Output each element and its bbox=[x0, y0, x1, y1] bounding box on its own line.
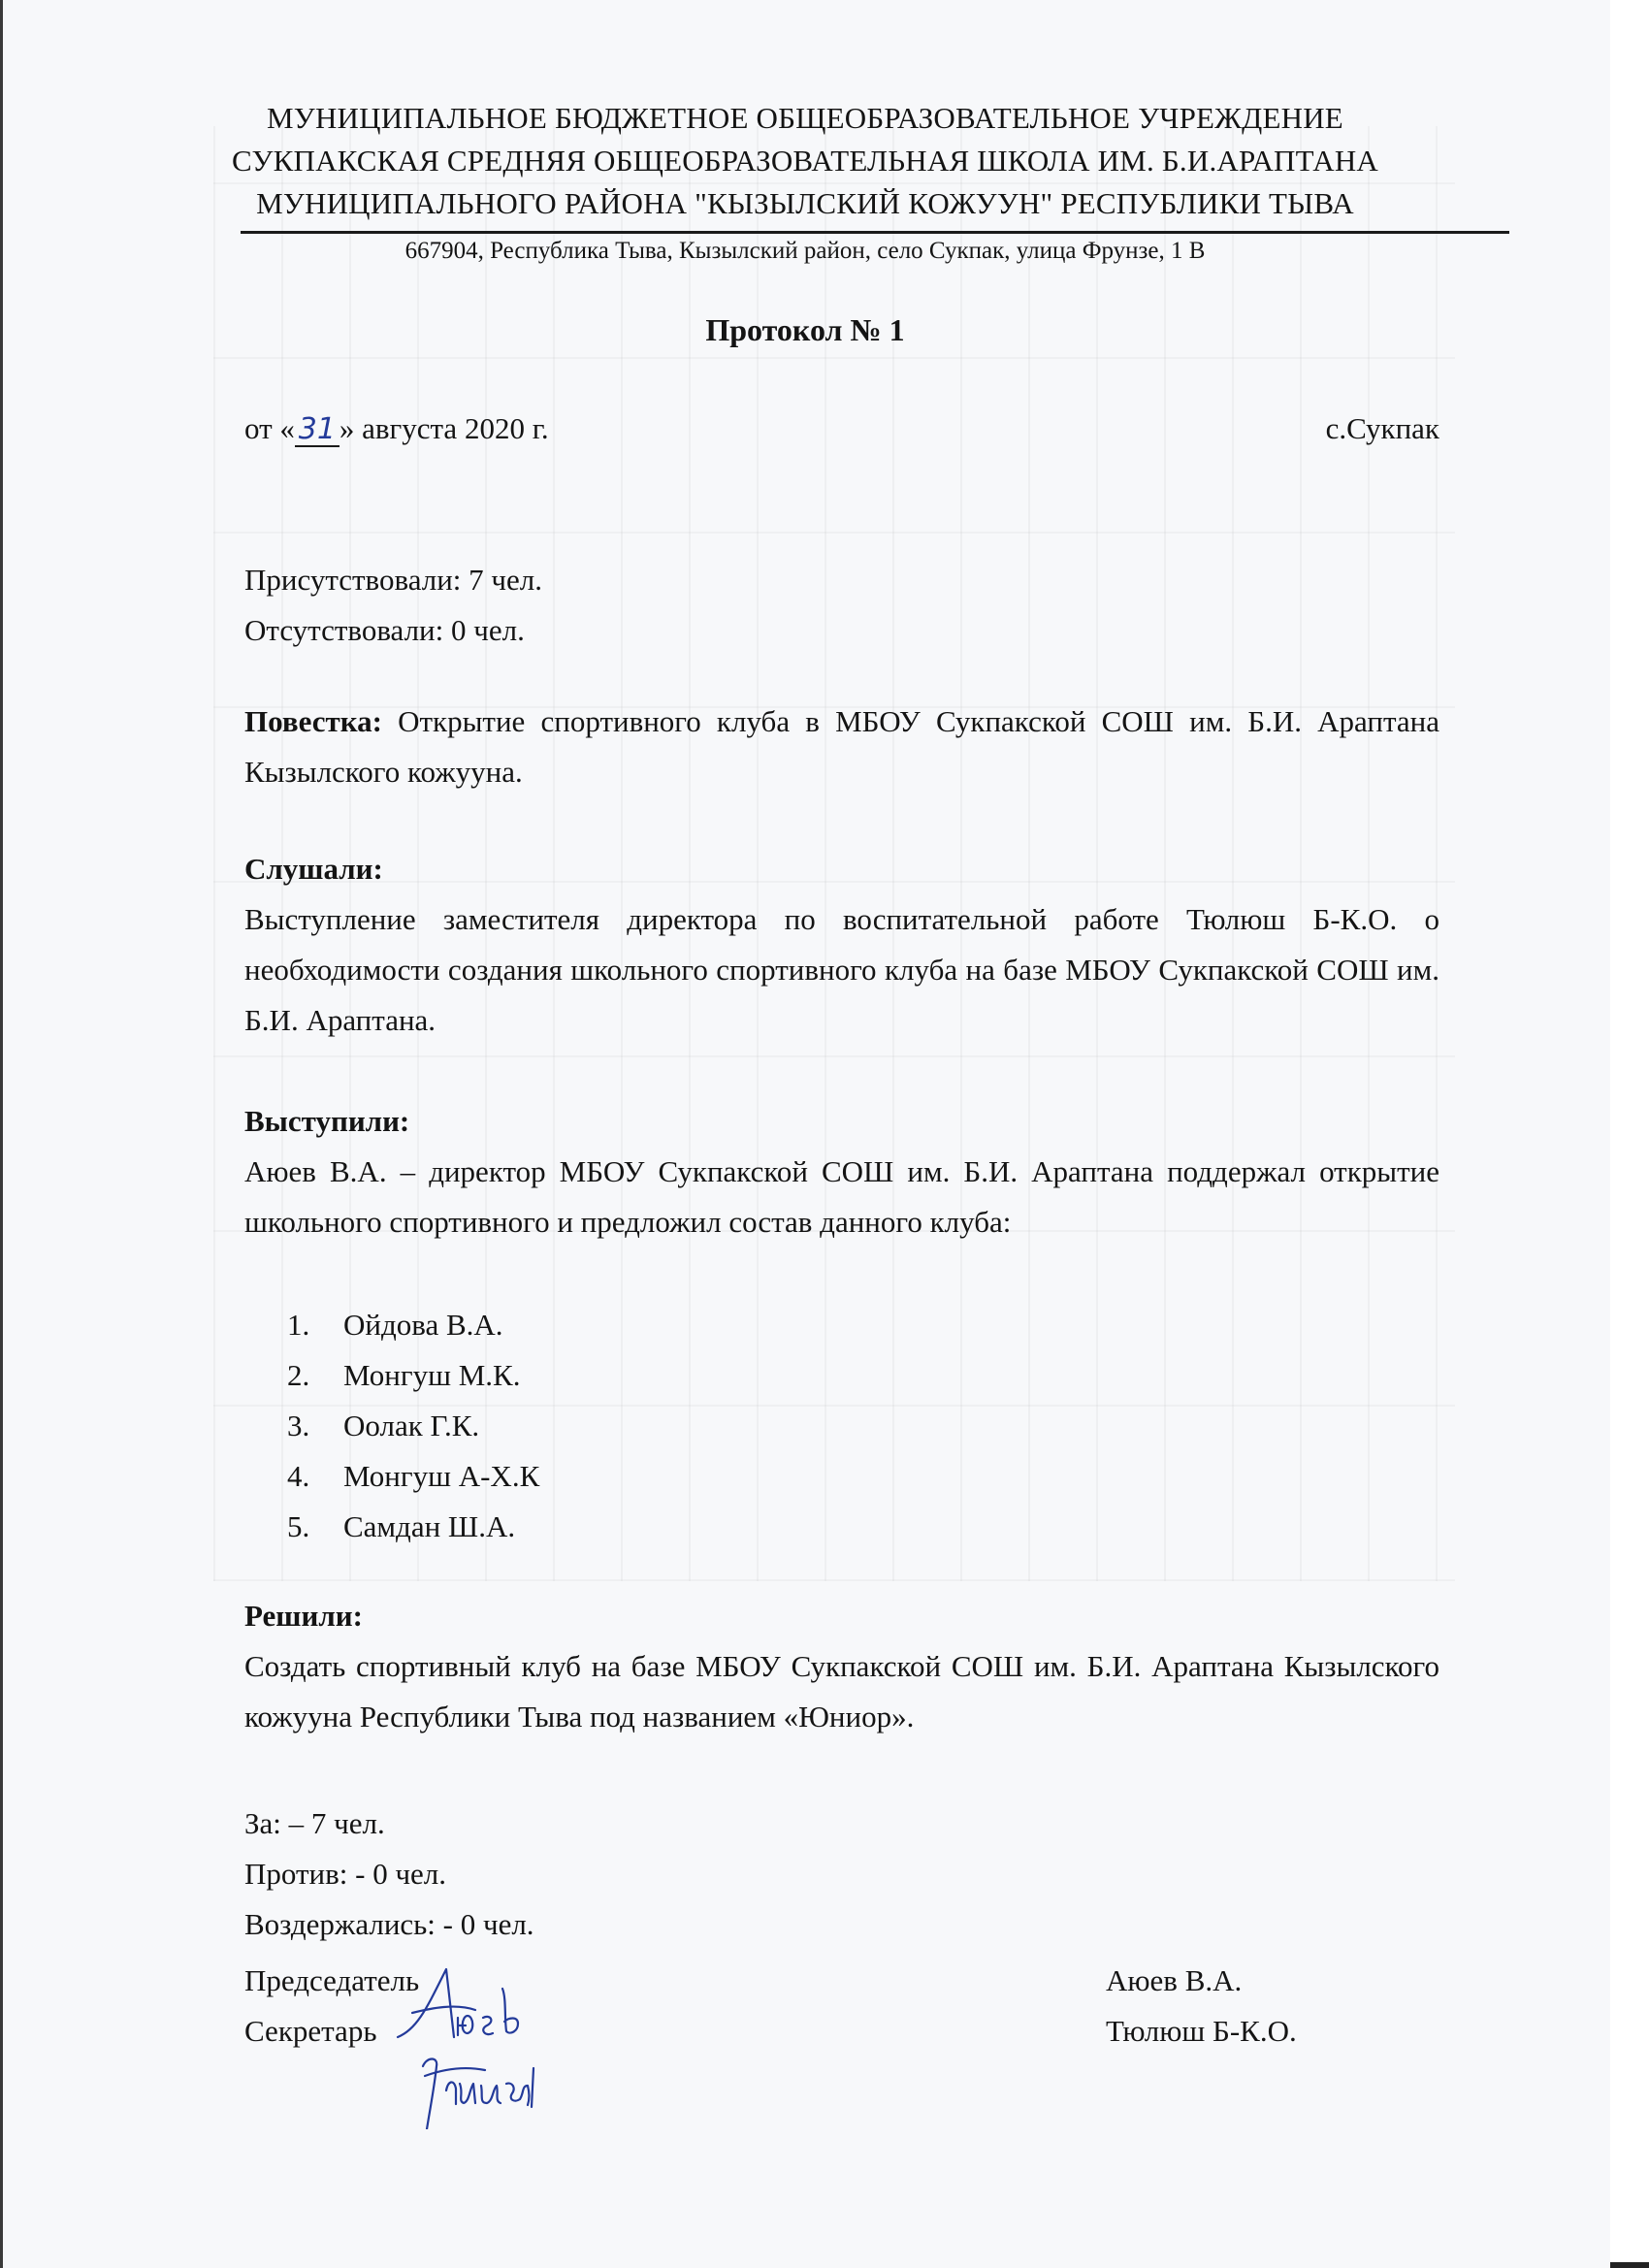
handwritten-signatures bbox=[388, 1960, 708, 2129]
heard-label: Слушали: bbox=[244, 844, 1439, 894]
list-item: 1.Ойдова В.А. bbox=[287, 1300, 539, 1350]
scan-margin bbox=[1610, 0, 1649, 2268]
document-place: с.Сукпак bbox=[1326, 411, 1439, 447]
date-suffix: » августа 2020 г. bbox=[339, 411, 549, 445]
scanned-page: МУНИЦИПАЛЬНОЕ БЮДЖЕТНОЕ ОБЩЕОБРАЗОВАТЕЛЬ… bbox=[0, 0, 1610, 2268]
list-item: 3.Оолак Г.К. bbox=[287, 1401, 539, 1451]
decided-text: Создать спортивный клуб на базе МБОУ Сук… bbox=[244, 1641, 1439, 1742]
signature-chairman-stroke bbox=[398, 1969, 454, 2037]
date-place-row: от «31» августа 2020 г. с.Сукпак bbox=[244, 411, 1439, 447]
list-item: 2.Монгуш М.К. bbox=[287, 1350, 539, 1401]
date-day-handwritten: 31 bbox=[295, 414, 339, 447]
agenda-label: Повестка: bbox=[244, 704, 382, 738]
letterhead-address: 667904, Республика Тыва, Кызылский район… bbox=[0, 238, 1610, 265]
document-title: Протокол № 1 bbox=[0, 312, 1610, 348]
votes-for: За: – 7 чел. bbox=[244, 1798, 1439, 1849]
spoke-text: Аюев В.А. – директор МБОУ Сукпакской СОШ… bbox=[244, 1147, 1439, 1247]
spoke-section: Выступили: Аюев В.А. – директор МБОУ Сук… bbox=[244, 1096, 1439, 1247]
letterhead-line-3: МУНИЦИПАЛЬНОГО РАЙОНА "КЫЗЫЛСКИЙ КОЖУУН"… bbox=[0, 186, 1610, 221]
votes-against: Против: - 0 чел. bbox=[244, 1849, 1439, 1899]
attendance-section: Присутствовали: 7 чел. Отсутствовали: 0 … bbox=[244, 555, 1439, 656]
date-prefix: от « bbox=[244, 411, 295, 445]
attendance-absent: Отсутствовали: 0 чел. bbox=[244, 605, 1439, 656]
signature-secretary-stroke bbox=[423, 2059, 436, 2130]
letterhead-line-1: МУНИЦИПАЛЬНОЕ БЮДЖЕТНОЕ ОБЩЕОБРАЗОВАТЕЛЬ… bbox=[0, 101, 1610, 136]
spoke-label: Выступили: bbox=[244, 1096, 1439, 1147]
document-date: от «31» августа 2020 г. bbox=[244, 411, 549, 447]
scan-edge-bottom bbox=[1610, 2262, 1649, 2268]
agenda-text: Открытие спортивного клуба в МБОУ Сукпак… bbox=[244, 704, 1439, 789]
votes-section: За: – 7 чел. Против: - 0 чел. Воздержали… bbox=[244, 1798, 1439, 1950]
agenda-section: Повестка: Открытие спортивного клуба в М… bbox=[244, 697, 1439, 797]
list-item: 4.Монгуш А-Х.К bbox=[287, 1451, 539, 1502]
signature-name: Аюев В.А. bbox=[1106, 1956, 1242, 2006]
scan-edge-left bbox=[0, 0, 3, 2268]
decided-label: Решили: bbox=[244, 1591, 1439, 1641]
list-item: 5.Самдан Ш.А. bbox=[287, 1502, 539, 1552]
heard-text: Выступление заместителя директора по вос… bbox=[244, 894, 1439, 1046]
signature-name: Тюлюш Б-К.О. bbox=[1106, 2006, 1297, 2057]
letterhead-divider bbox=[241, 231, 1509, 234]
club-members-list: 1.Ойдова В.А. 2.Монгуш М.К. 3.Оолак Г.К.… bbox=[287, 1300, 539, 1552]
letterhead-line-2: СУКПАКСКАЯ СРЕДНЯЯ ОБЩЕОБРАЗОВАТЕЛЬНАЯ Ш… bbox=[0, 144, 1610, 178]
attendance-present: Присутствовали: 7 чел. bbox=[244, 555, 1439, 605]
heard-section: Слушали: Выступление заместителя директо… bbox=[244, 844, 1439, 1046]
decided-section: Решили: Создать спортивный клуб на базе … bbox=[244, 1591, 1439, 1742]
signature-role: Секретарь bbox=[244, 2006, 376, 2057]
votes-abstained: Воздержались: - 0 чел. bbox=[244, 1899, 1439, 1950]
